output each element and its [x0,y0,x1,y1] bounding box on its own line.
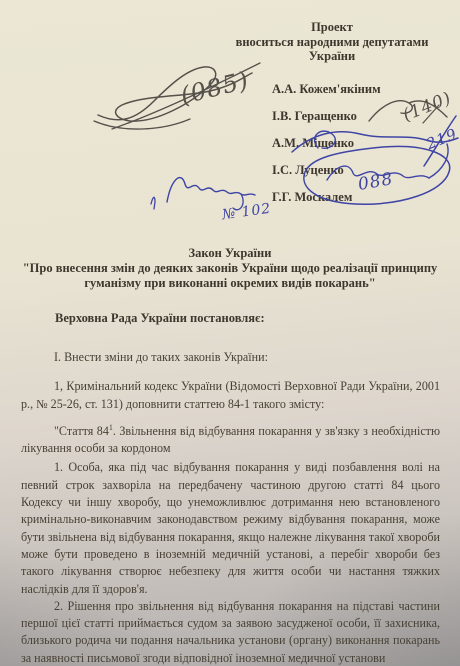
resolution-line: Верховна Рада України постановляє: [55,311,265,326]
submitted-by-line: вноситься народними депутатами [208,35,456,50]
deputy-name: І.С. Луценко [272,163,381,190]
deputy-name: А.А. Кожем'якіним [272,82,381,109]
country-line: України [208,49,456,64]
article-paragraph-2: 2. Рішення про звільнення від відбування… [21,598,440,666]
section-intro: І. Внести зміни до таких законів України… [21,349,440,366]
signature-kozhemyakin-icon [92,57,267,142]
handwritten-note-102: № 102 [221,201,272,224]
article-paragraph-1: 1. Особа, яка під час відбування покаран… [21,459,440,597]
article-84-1-heading: "Стаття 841. Звільнення від відбування п… [21,423,440,458]
document-header: Проект вноситься народними депутатами Ук… [208,20,456,64]
deputy-name: А.М. Міщенко [272,136,381,163]
amendment-item-1: 1, Кримінальний кодекс України (Відомост… [21,378,440,413]
law-title: Закон України "Про внесення змін до деяк… [20,246,440,291]
signature-moskal-icon [143,162,261,225]
scanned-law-draft-page: Проект вноситься народними депутатами Ук… [0,0,460,666]
handwritten-note-085: (085) [178,66,252,110]
handwritten-note-140: (140) [400,88,455,126]
law-body: І. Внести зміни до таких законів України… [21,349,440,666]
project-label: Проект [208,20,456,35]
handwritten-note-219: 219 [424,125,460,154]
deputies-list: А.А. Кожем'якіним І.В. Геращенко А.М. Мі… [272,82,381,217]
deputy-name: Г.Г. Москалем [272,190,381,217]
deputy-name: І.В. Геращенко [272,109,381,136]
law-title-rest: "Про внесення змін до деяких законів Укр… [20,261,440,291]
article-prefix: "Стаття 84 [54,424,109,438]
law-title-line1: Закон України [20,246,440,261]
